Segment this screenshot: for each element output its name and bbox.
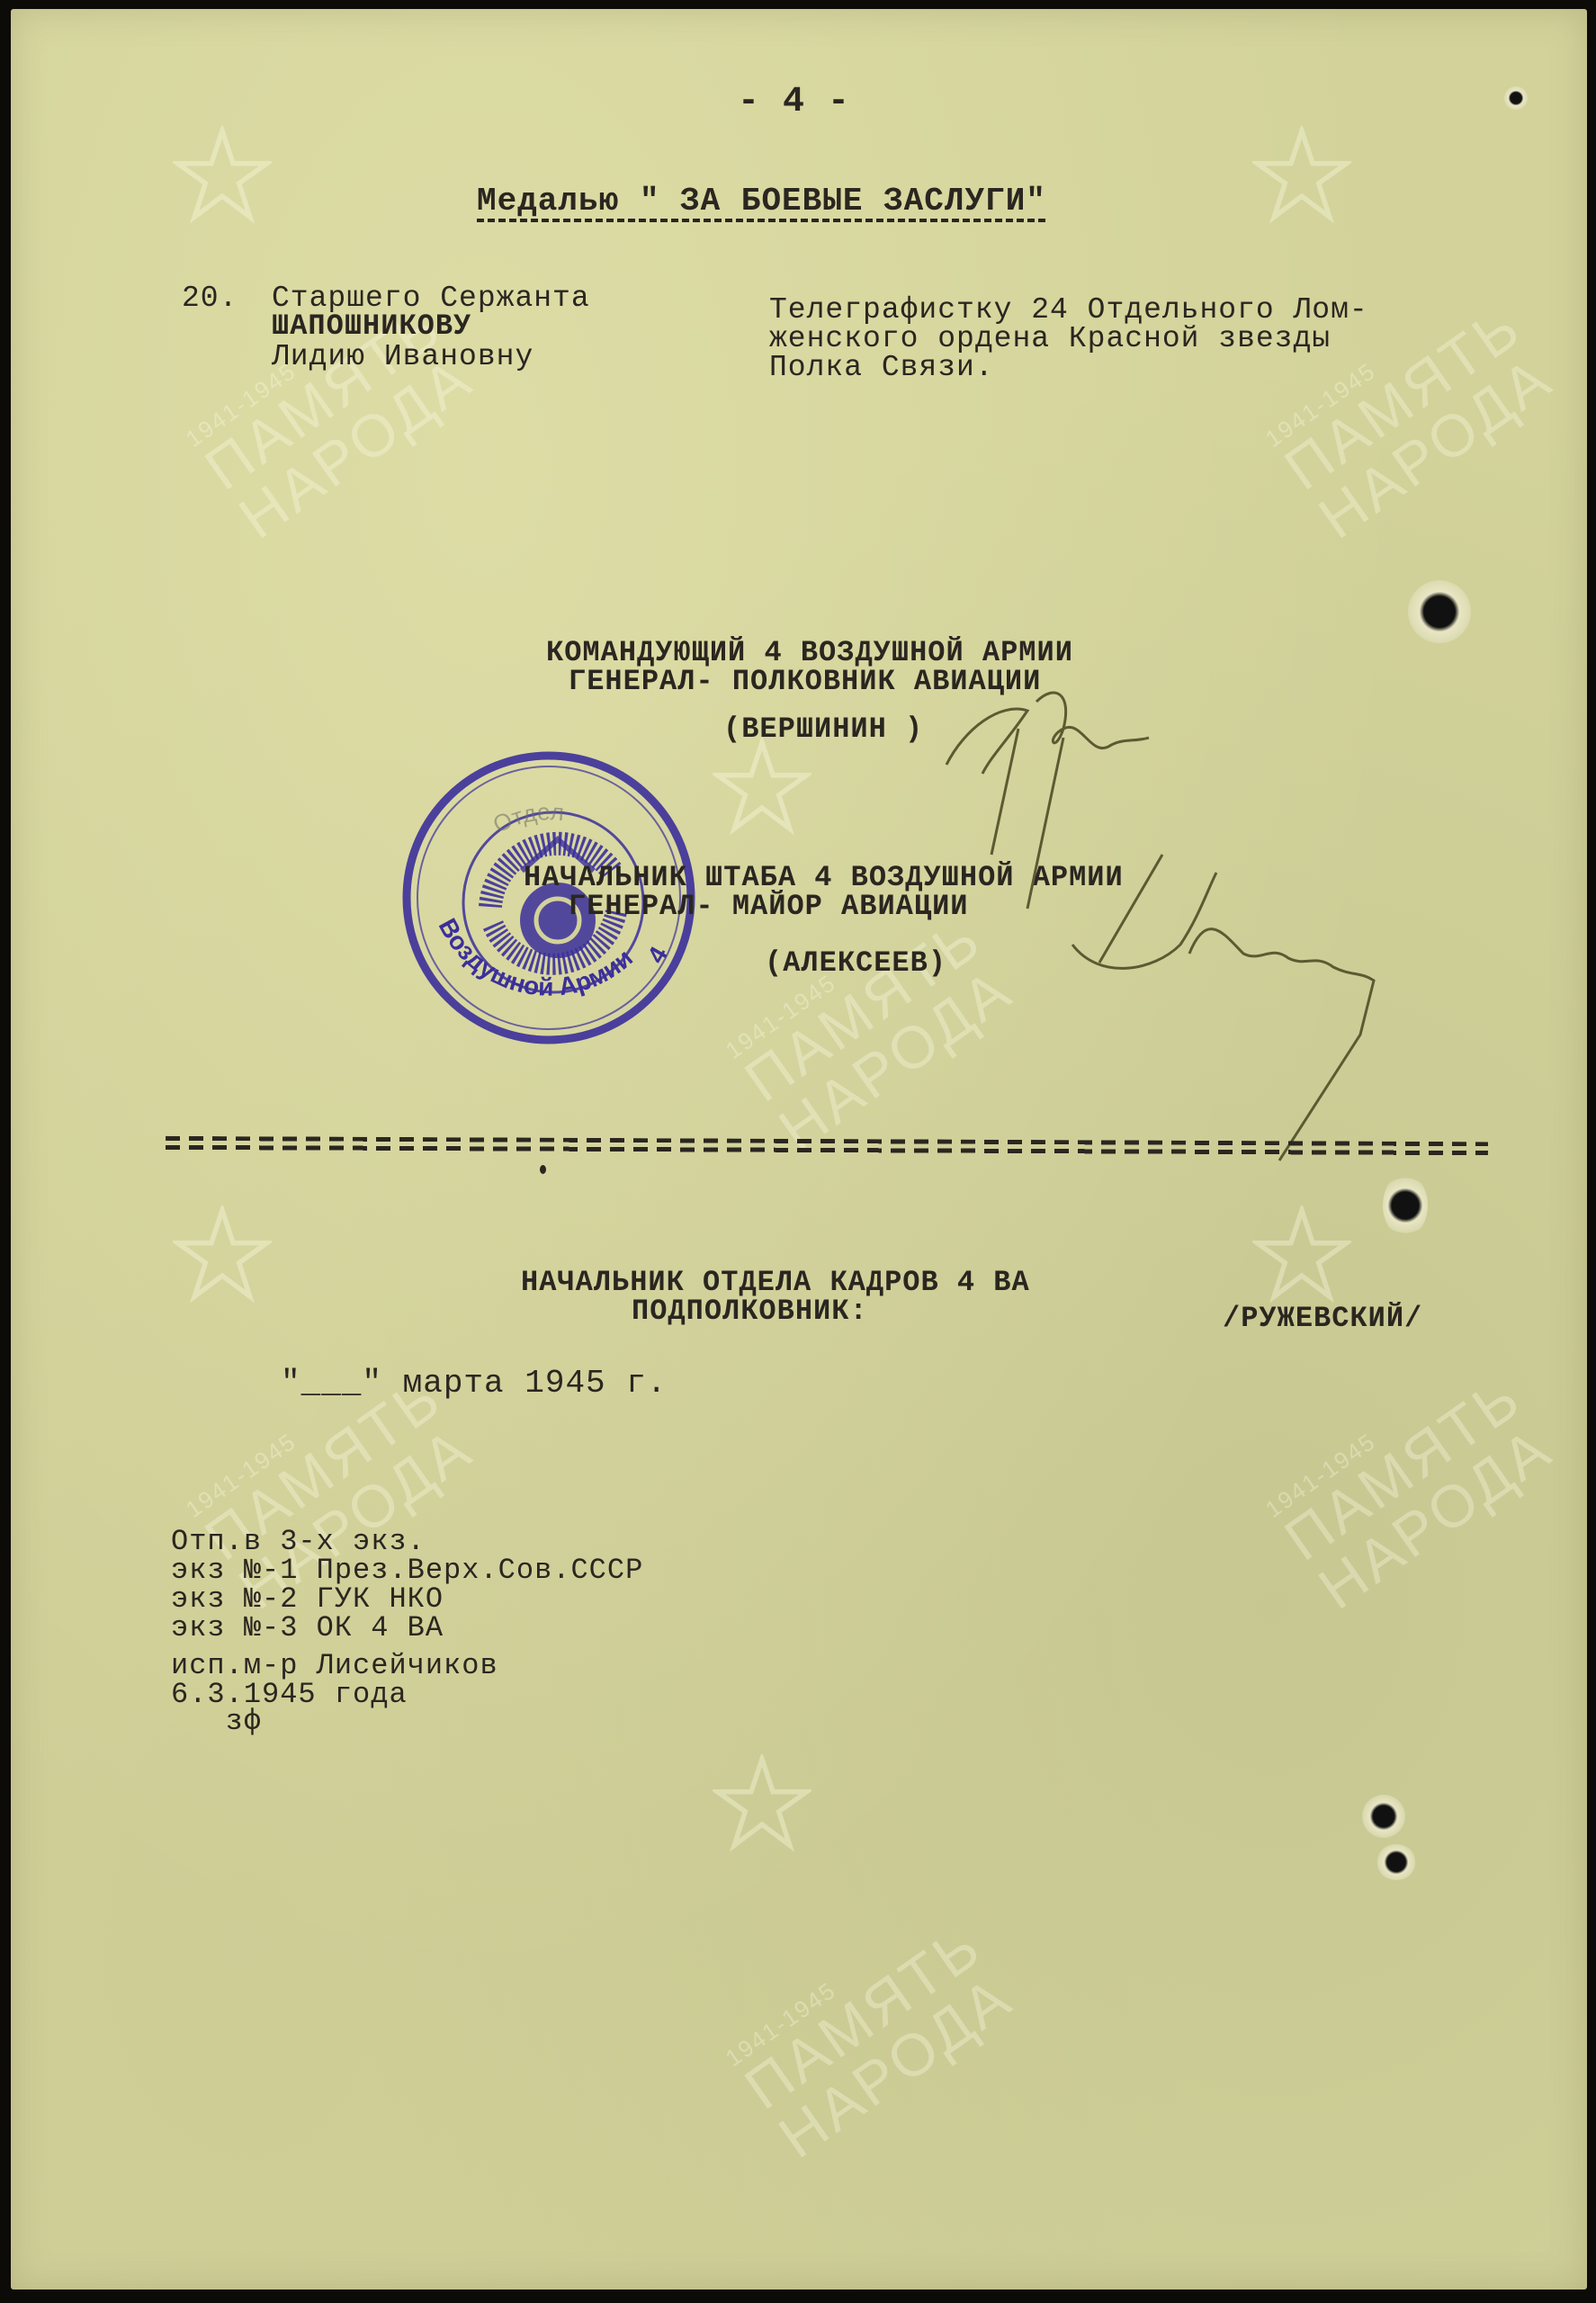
distribution-line: экз №-1 През.Верх.Сов.СССР	[171, 1556, 643, 1585]
date-line: "___" марта 1945 г.	[281, 1367, 667, 1400]
signatory-name: /РУЖЕВСКИЙ/	[1223, 1304, 1422, 1333]
paper-hole	[1504, 86, 1528, 110]
entry-position-line: Телеграфистку 24 Отдельного Лом-	[769, 295, 1368, 325]
paper-hole	[1408, 580, 1471, 643]
entry-surname: ШАПОШНИКОВУ	[272, 312, 471, 341]
star-icon	[713, 1754, 811, 1853]
stamp-number: 4	[641, 942, 673, 968]
star-icon	[713, 738, 811, 837]
paper-hole	[1383, 1174, 1428, 1237]
paper-hole	[1376, 1844, 1416, 1880]
ink-dot	[540, 1165, 546, 1174]
distribution-line: исп.м-р Лисейчиков	[171, 1652, 498, 1680]
entry-number: 20.	[182, 283, 238, 313]
signature-alekseev	[1063, 891, 1495, 1178]
signatory-name: (ВЕРШИНИН )	[723, 715, 923, 744]
signatory-name: (АЛЕКСЕЕВ)	[765, 949, 946, 978]
signature-vershinin	[928, 675, 1180, 855]
distribution-line: Отп.в 3-х экз.	[171, 1528, 426, 1556]
paper-hole	[1362, 1795, 1405, 1838]
award-heading: Медалью " ЗА БОЕВЫЕ ЗАСЛУГИ"	[477, 185, 1046, 218]
signatory-title: НАЧАЛЬНИК ОТДЕЛА КАДРОВ 4 ВА	[521, 1268, 1030, 1297]
entry-given-names: Лидию Ивановну	[272, 342, 533, 372]
document-page: 1941-1945 ПАМЯТЬ НАРОДА 1941-1945 ПАМЯТЬ…	[11, 9, 1587, 2290]
page-number: - 4 -	[738, 85, 850, 121]
star-icon	[1252, 126, 1351, 225]
entry-position-line: Полка Связи.	[769, 353, 994, 382]
signatory-title: ПОДПОЛКОВНИК:	[632, 1297, 868, 1326]
star-icon	[173, 126, 272, 225]
distribution-line: зф	[171, 1707, 262, 1736]
watermark: 1941-1945 ПАМЯТЬ НАРОДА	[722, 888, 1026, 1160]
distribution-line: экз №-3 ОК 4 ВА	[171, 1614, 444, 1643]
entry-position-line: женского ордена Красной звезды	[769, 324, 1331, 354]
watermark: 1941-1945 ПАМЯТЬ НАРОДА	[722, 1895, 1026, 2167]
watermark: 1941-1945 ПАМЯТЬ НАРОДА	[1261, 1347, 1565, 1618]
signatory-title: ГЕНЕРАЛ- МАЙОР АВИАЦИИ	[569, 892, 968, 921]
signatory-title: КОМАНДУЮЩИЙ 4 ВОЗДУШНОЙ АРМИИ	[546, 639, 1073, 668]
distribution-line: экз №-2 ГУК НКО	[171, 1585, 444, 1614]
star-icon	[1252, 1205, 1351, 1304]
star-icon	[173, 1205, 272, 1304]
